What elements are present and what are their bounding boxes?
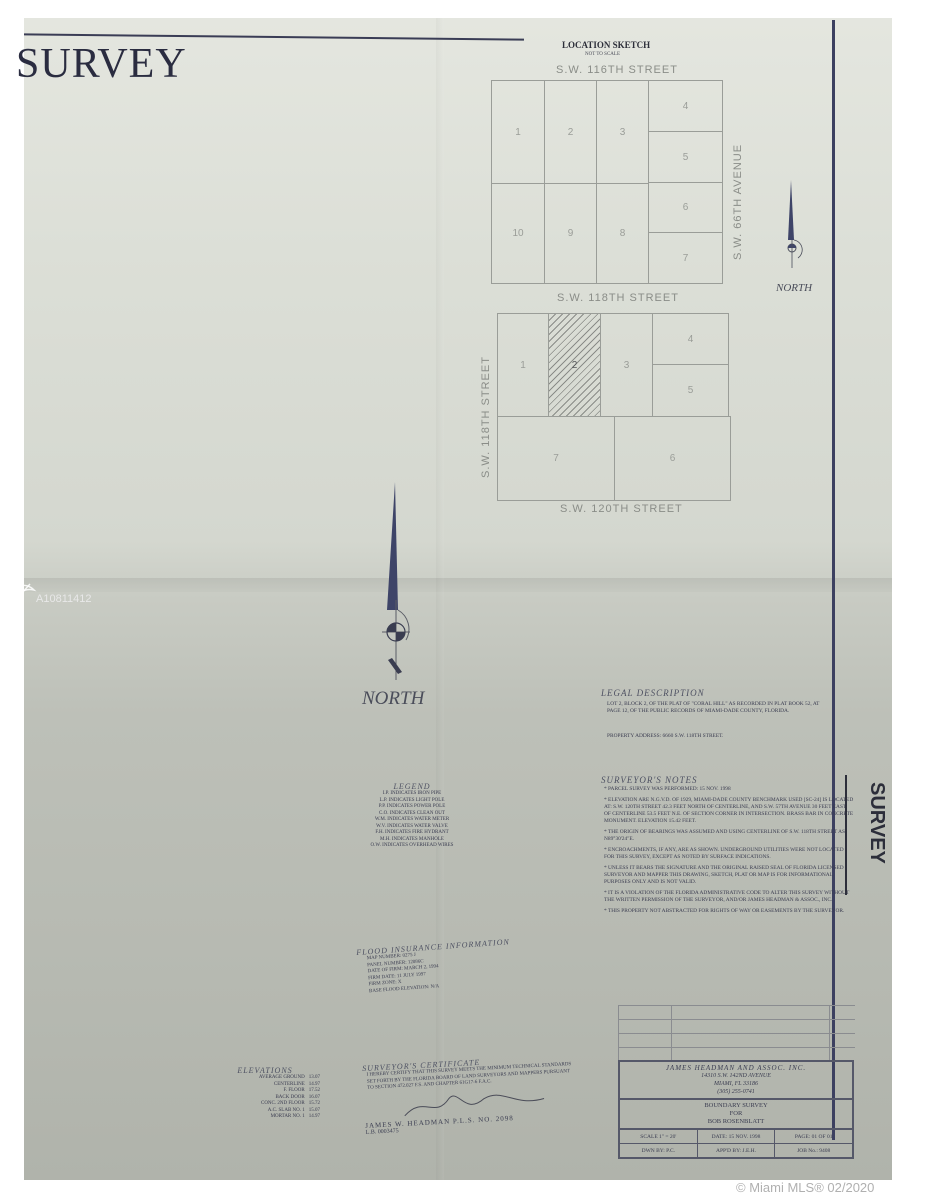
- lot-1: 1: [497, 313, 549, 417]
- survey-info: BOUNDARY SURVEY FOR BOB ROSENBLATT: [620, 1100, 852, 1130]
- lot-2-subject-property: 2: [548, 313, 601, 417]
- lot-2: 2: [544, 80, 597, 184]
- street-label-top: S.W. 116TH STREET: [556, 64, 678, 76]
- legend: LEGEND I.P. INDICATES IRON PIPE L.P. IND…: [352, 782, 472, 850]
- note-item: * IT IS A VIOLATION OF THE FLORIDA ADMIN…: [604, 890, 854, 904]
- north-label-small: NORTH: [776, 282, 812, 294]
- surveyors-notes-heading: SURVEYOR'S NOTES: [601, 775, 698, 785]
- grid-line: [619, 1047, 855, 1048]
- page: PAGE: 01 OF 01: [775, 1130, 852, 1143]
- note-item: * ENCROACHMENTS, IF ANY, ARE AS SHOWN. U…: [604, 847, 854, 861]
- grid-line: [619, 1033, 855, 1034]
- lot-5: 5: [652, 364, 729, 417]
- survey-type: BOUNDARY SURVEY: [620, 1102, 852, 1110]
- title-block-row: DWN BY: P.C. APP'D BY: J.E.H. JOB No.: 9…: [620, 1144, 852, 1157]
- surveyors-notes-list: * PARCEL SURVEY WAS PERFORMED: 15 NOV. 1…: [604, 786, 854, 919]
- document-title: SURVEY: [16, 40, 187, 88]
- location-sketch-title: LOCATION SKETCH: [562, 40, 650, 50]
- title-block-row: SCALE 1" = 20' DATE: 15 NOV. 1998 PAGE: …: [620, 1130, 852, 1144]
- grid-line: [829, 1005, 830, 1060]
- location-block-2: 1 2 3 4 5 6 7: [497, 313, 731, 501]
- for-label: FOR: [620, 1110, 852, 1118]
- legend-item: O.W. INDICATES OVERHEAD WIRES: [352, 843, 472, 850]
- property-address: PROPERTY ADDRESS: 6660 S.W. 118TH STREET…: [607, 733, 823, 740]
- street-label-right: S.W. 66TH AVENUE: [732, 144, 744, 260]
- handwritten-note: SURVEY: [865, 782, 888, 864]
- lot-9: 9: [544, 183, 597, 284]
- north-arrow-icon: [778, 178, 808, 278]
- street-label-mid: S.W. 118TH STREET: [557, 292, 679, 304]
- note-item: * THIS PROPERTY NOT ABSTRACTED FOR RIGHT…: [604, 908, 854, 915]
- street-label-left: S.W. 118TH STREET: [480, 356, 492, 478]
- lot-8: 8: [596, 183, 649, 284]
- surveyors-certificate: SURVEYOR'S CERTIFICATE I HEREBY CERTIFY …: [362, 1053, 576, 1136]
- firm-city: MIAMI, FL 33186: [620, 1080, 852, 1088]
- job-number: JOB No.: 9408: [775, 1144, 852, 1157]
- firm-info: JAMES HEADMAN AND ASSOC. INC. 14310 S.W.…: [620, 1062, 852, 1100]
- note-item: * UNLESS IT BEARS THE SIGNATURE AND THE …: [604, 865, 854, 886]
- elevation-label: MORTAR No. 1: [271, 1114, 305, 1121]
- lot-10: 10: [491, 183, 545, 284]
- approved-by: APP'D BY: J.E.H.: [698, 1144, 776, 1157]
- lot-4: 4: [652, 313, 729, 365]
- grid-line: [671, 1005, 672, 1060]
- north-arrow-large-icon: [372, 480, 432, 680]
- lot-4: 4: [648, 80, 723, 132]
- handwritten-bracket: [845, 775, 847, 895]
- note-item: * THE ORIGIN OF BEARINGS WAS ASSUMED AND…: [604, 829, 854, 843]
- lot-7: 7: [497, 416, 615, 501]
- lot-6: 6: [648, 182, 723, 233]
- mls-logo-icon: [4, 578, 38, 614]
- north-label-large: NORTH: [362, 688, 424, 710]
- client-name: BOB ROSENBLATT: [620, 1118, 852, 1126]
- legal-description-text: LOT 2, BLOCK 2, OF THE PLAT OF "CORAL HI…: [607, 701, 823, 715]
- firm-name: JAMES HEADMAN AND ASSOC. INC.: [620, 1064, 852, 1072]
- firm-address: 14310 S.W. 142ND AVENUE: [620, 1072, 852, 1080]
- revision-grid: [618, 1005, 855, 1060]
- elevations-table: ELEVATIONS AVERAGE GROUND13.07 CENTERLIN…: [210, 1066, 320, 1121]
- elevation-row: MORTAR No. 114.97: [210, 1114, 320, 1121]
- firm-phone: (305) 255-0741: [620, 1088, 852, 1096]
- location-block-1: 1 2 3 4 5 6 7 8 9 10: [491, 80, 723, 284]
- lot-5: 5: [648, 131, 723, 183]
- mls-listing-id: A10811412: [36, 593, 91, 605]
- note-item: * ELEVATION ARE N.G.V.D. OF 1929, MIAMI-…: [604, 797, 854, 825]
- grid-line: [619, 1005, 855, 1006]
- street-label-bottom: S.W. 120TH STREET: [560, 503, 683, 515]
- elevation-value: 14.97: [309, 1114, 320, 1121]
- drawn-by: DWN BY: P.C.: [620, 1144, 698, 1157]
- legend-heading: LEGEND: [352, 782, 472, 791]
- legal-description-heading: LEGAL DESCRIPTION: [601, 688, 705, 698]
- date: DATE: 15 NOV. 1998: [698, 1130, 776, 1143]
- note-item: * PARCEL SURVEY WAS PERFORMED: 15 NOV. 1…: [604, 786, 854, 793]
- lot-1: 1: [491, 80, 545, 184]
- lot-3: 3: [600, 313, 653, 417]
- location-sketch-subtitle: NOT TO SCALE: [585, 52, 620, 57]
- lot-7: 7: [648, 232, 723, 284]
- elevations-heading: ELEVATIONS: [210, 1066, 320, 1075]
- title-block: JAMES HEADMAN AND ASSOC. INC. 14310 S.W.…: [618, 1060, 854, 1159]
- grid-line: [619, 1019, 855, 1020]
- lot-6: 6: [614, 416, 731, 501]
- lot-3: 3: [596, 80, 649, 184]
- mls-copyright: © Miami MLS® 02/2020: [736, 1180, 874, 1195]
- scale: SCALE 1" = 20': [620, 1130, 698, 1143]
